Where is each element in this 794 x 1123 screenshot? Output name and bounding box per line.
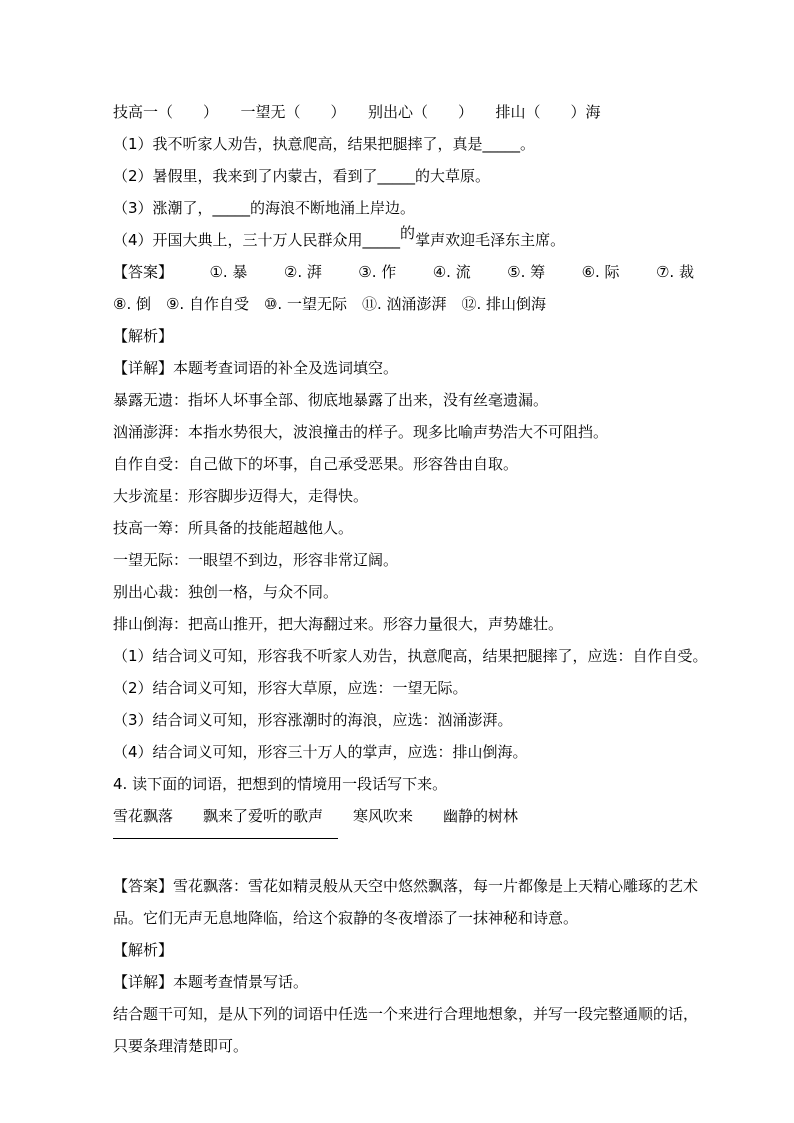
- answer-paragraph-line-2: 品。它们无声无息地降临，给这个寂静的冬夜增添了一抹神秘和诗意。: [113, 902, 694, 934]
- explanation-line-2: 只要条理清楚即可。: [113, 1030, 694, 1062]
- word-bank-line: 技高一（ ） 一望无（ ） 别出心（ ） 排山（ ）海: [113, 96, 694, 128]
- answer-item-2: ②. 湃: [284, 256, 322, 288]
- reasoning-line-4: （4）结合词义可知，形容三十万人的掌声，应选：排山倒海。: [113, 736, 694, 768]
- answer-item-5: ⑤. 筹: [507, 256, 545, 288]
- definition-line-3: 自作自受：自己做下的坏事，自己承受恶果。形容咎由自取。: [113, 448, 694, 480]
- detail-line-1: 【详解】本题考查词语的补全及选词填空。: [113, 352, 694, 384]
- analysis-label-2: 【解析】: [113, 934, 694, 966]
- question-4-prompt: 4. 读下面的词语，把想到的情境用一段话写下来。: [113, 768, 694, 800]
- fill-question-4-post: 掌声欢迎毛泽东主席。: [415, 231, 565, 249]
- analysis-label-1: 【解析】: [113, 320, 694, 352]
- answer-item-3: ③. 作: [358, 256, 396, 288]
- definition-line-1: 暴露无遗：指坏人坏事全部、彻底地暴露了出来，没有丝毫遗漏。: [113, 384, 694, 416]
- reasoning-line-1: （1）结合词义可知，形容我不听家人劝告，执意爬高，结果把腿摔了，应选：自作自受。: [113, 640, 694, 672]
- definition-line-2: 汹涌澎湃：本指水势很大，波浪撞击的样子。现多比喻声势浩大不可阻挡。: [113, 416, 694, 448]
- reasoning-line-3: （3）结合词义可知，形容涨潮时的海浪，应选：汹涌澎湃。: [113, 704, 694, 736]
- fill-question-2: （2）暑假里，我来到了内蒙古，看到了_____的大草原。: [113, 160, 694, 192]
- detail-line-2: 【详解】本题考查情景写话。: [113, 966, 694, 998]
- definition-line-5: 技高一筹：所具备的技能超越他人。: [113, 512, 694, 544]
- definition-line-7: 别出心裁：独创一格，与众不同。: [113, 576, 694, 608]
- word-list-line: 雪花飘落 飘来了爱听的歌声 寒风吹来 幽静的树林: [113, 800, 694, 832]
- reasoning-line-2: （2）结合词义可知，形容大草原，应选：一望无际。: [113, 672, 694, 704]
- answer-item-4: ④. 流: [433, 256, 471, 288]
- explanation-line-1: 结合题干可知，是从下列的词语中任选一个来进行合理地想象，并写一段完整通顺的话，: [113, 998, 694, 1030]
- fill-question-1: （1）我不听家人劝告，执意爬高，结果把腿摔了，真是_____。: [113, 128, 694, 160]
- fill-question-4-superscript: 的: [400, 217, 415, 249]
- answer-item-1: ①. 暴: [209, 256, 247, 288]
- answer-item-7: ⑦. 裁: [656, 256, 694, 288]
- answer-label: 【答案】: [113, 256, 173, 288]
- answer-underline: [113, 838, 338, 839]
- answer-paragraph-line-1: 【答案】雪花飘落：雪花如精灵般从天空中悠然飘落，每一片都像是上天精心雕琢的艺术: [113, 870, 694, 902]
- answer-blank-line: [113, 838, 694, 870]
- definition-line-8: 排山倒海：把高山推开，把大海翻过来。形容力量很大，声势雄壮。: [113, 608, 694, 640]
- answer-item-6: ⑥. 际: [582, 256, 620, 288]
- fill-question-4: （4）开国大典上，三十万人民群众用_____的掌声欢迎毛泽东主席。: [113, 224, 694, 256]
- answer-row-1: 【答案】 ①. 暴 ②. 湃 ③. 作 ④. 流 ⑤. 筹 ⑥. 际 ⑦. 裁: [113, 256, 694, 288]
- document-page: 技高一（ ） 一望无（ ） 别出心（ ） 排山（ ）海 （1）我不听家人劝告，执…: [0, 0, 794, 1123]
- fill-question-4-pre: （4）开国大典上，三十万人民群众用_____: [113, 231, 400, 249]
- definition-line-4: 大步流星：形容脚步迈得大，走得快。: [113, 480, 694, 512]
- answer-row-2: ⑧. 倒 ⑨. 自作自受 ⑩. 一望无际 ⑪. 汹涌澎湃 ⑫. 排山倒海: [113, 288, 694, 320]
- definition-line-6: 一望无际：一眼望不到边，形容非常辽阔。: [113, 544, 694, 576]
